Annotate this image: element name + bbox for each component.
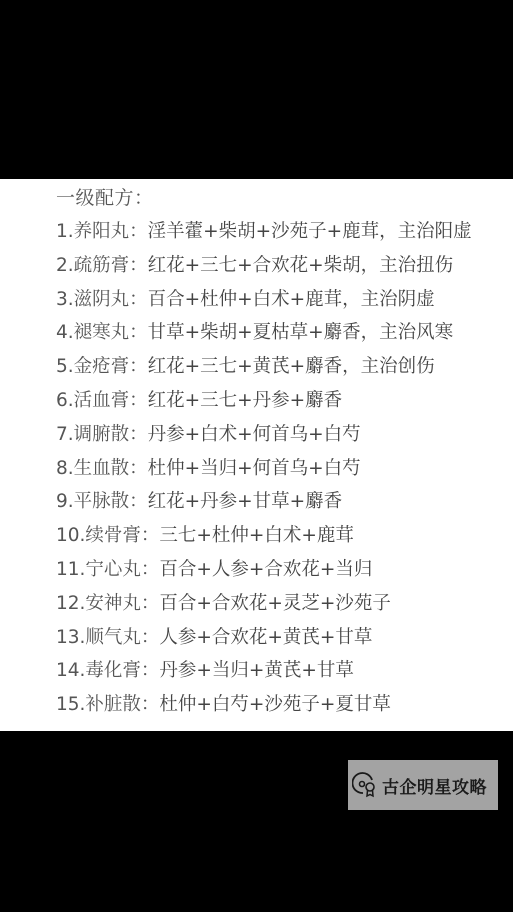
recipe-ingredients: 百合+杜仲+白术+鹿茸，主治阴虚 — [148, 289, 435, 310]
watermark: 古企明星攻略 — [348, 760, 498, 810]
recipe-ingredients: 三七+杜仲+白术+鹿茸 — [159, 525, 354, 546]
list-item: 15.补脏散：杜仲+白芍+沙苑子+夏甘草 — [56, 688, 472, 722]
recipe-name: 11.宁心丸： — [56, 559, 159, 580]
recipe-name: 4.褪寒丸： — [56, 322, 148, 343]
recipe-name: 15.补脏散： — [56, 694, 159, 715]
recipe-name: 5.金疮膏： — [56, 356, 148, 377]
recipe-name: 6.活血膏： — [56, 390, 148, 411]
recipe-name: 14.毒化膏： — [56, 660, 159, 681]
list-item: 10.续骨膏：三七+杜仲+白术+鹿茸 — [56, 519, 472, 553]
list-item: 11.宁心丸：百合+人参+合欢花+当归 — [56, 553, 472, 587]
recipe-sheet: 一级配方： 1.养阳丸：淫羊藿+柴胡+沙苑子+鹿茸，主治阳虚 2.疏筋膏：红花+… — [0, 179, 513, 731]
recipe-ingredients: 红花+丹参+甘草+麝香 — [148, 491, 343, 512]
recipe-list: 1.养阳丸：淫羊藿+柴胡+沙苑子+鹿茸，主治阳虚 2.疏筋膏：红花+三七+合欢花… — [56, 215, 472, 722]
recipe-name: 10.续骨膏： — [56, 525, 159, 546]
recipe-ingredients: 丹参+白术+何首乌+白芍 — [148, 424, 361, 445]
heading: 一级配方： — [56, 183, 154, 210]
recipe-name: 8.生血散： — [56, 458, 148, 479]
recipe-ingredients: 人参+合欢花+黄芪+甘草 — [159, 627, 372, 648]
list-item: 7.调腑散：丹参+白术+何首乌+白芍 — [56, 418, 472, 452]
watermark-text: 古企明星攻略 — [382, 773, 487, 798]
recipe-name: 3.滋阴丸： — [56, 289, 148, 310]
list-item: 14.毒化膏：丹参+当归+黄芪+甘草 — [56, 654, 472, 688]
list-item: 2.疏筋膏：红花+三七+合欢花+柴胡，主治扭伤 — [56, 249, 472, 283]
recipe-ingredients: 百合+合欢花+灵芝+沙苑子 — [159, 593, 391, 614]
recipe-ingredients: 红花+三七+丹参+麝香 — [148, 390, 343, 411]
disc-badge-icon — [352, 771, 378, 799]
list-item: 12.安神丸：百合+合欢花+灵芝+沙苑子 — [56, 587, 472, 621]
recipe-ingredients: 红花+三七+黄芪+麝香，主治创伤 — [148, 356, 435, 377]
recipe-name: 12.安神丸： — [56, 593, 159, 614]
list-item: 4.褪寒丸：甘草+柴胡+夏枯草+麝香，主治风寒 — [56, 316, 472, 350]
list-item: 1.养阳丸：淫羊藿+柴胡+沙苑子+鹿茸，主治阳虚 — [56, 215, 472, 249]
list-item: 9.平脉散：红花+丹参+甘草+麝香 — [56, 485, 472, 519]
recipe-name: 9.平脉散： — [56, 491, 148, 512]
recipe-name: 13.顺气丸： — [56, 627, 159, 648]
recipe-name: 7.调腑散： — [56, 424, 148, 445]
recipe-ingredients: 杜仲+当归+何首乌+白芍 — [148, 458, 361, 479]
list-item: 3.滋阴丸：百合+杜仲+白术+鹿茸，主治阴虚 — [56, 283, 472, 317]
list-item: 13.顺气丸：人参+合欢花+黄芪+甘草 — [56, 621, 472, 655]
list-item: 6.活血膏：红花+三七+丹参+麝香 — [56, 384, 472, 418]
recipe-name: 1.养阳丸： — [56, 221, 148, 242]
recipe-ingredients: 百合+人参+合欢花+当归 — [159, 559, 372, 580]
recipe-ingredients: 甘草+柴胡+夏枯草+麝香，主治风寒 — [148, 322, 454, 343]
recipe-ingredients: 杜仲+白芍+沙苑子+夏甘草 — [159, 694, 391, 715]
list-item: 5.金疮膏：红花+三七+黄芪+麝香，主治创伤 — [56, 350, 472, 384]
list-item: 8.生血散：杜仲+当归+何首乌+白芍 — [56, 452, 472, 486]
recipe-ingredients: 红花+三七+合欢花+柴胡，主治扭伤 — [148, 255, 454, 276]
recipe-ingredients: 淫羊藿+柴胡+沙苑子+鹿茸，主治阳虚 — [148, 221, 472, 242]
recipe-name: 2.疏筋膏： — [56, 255, 148, 276]
recipe-ingredients: 丹参+当归+黄芪+甘草 — [159, 660, 354, 681]
